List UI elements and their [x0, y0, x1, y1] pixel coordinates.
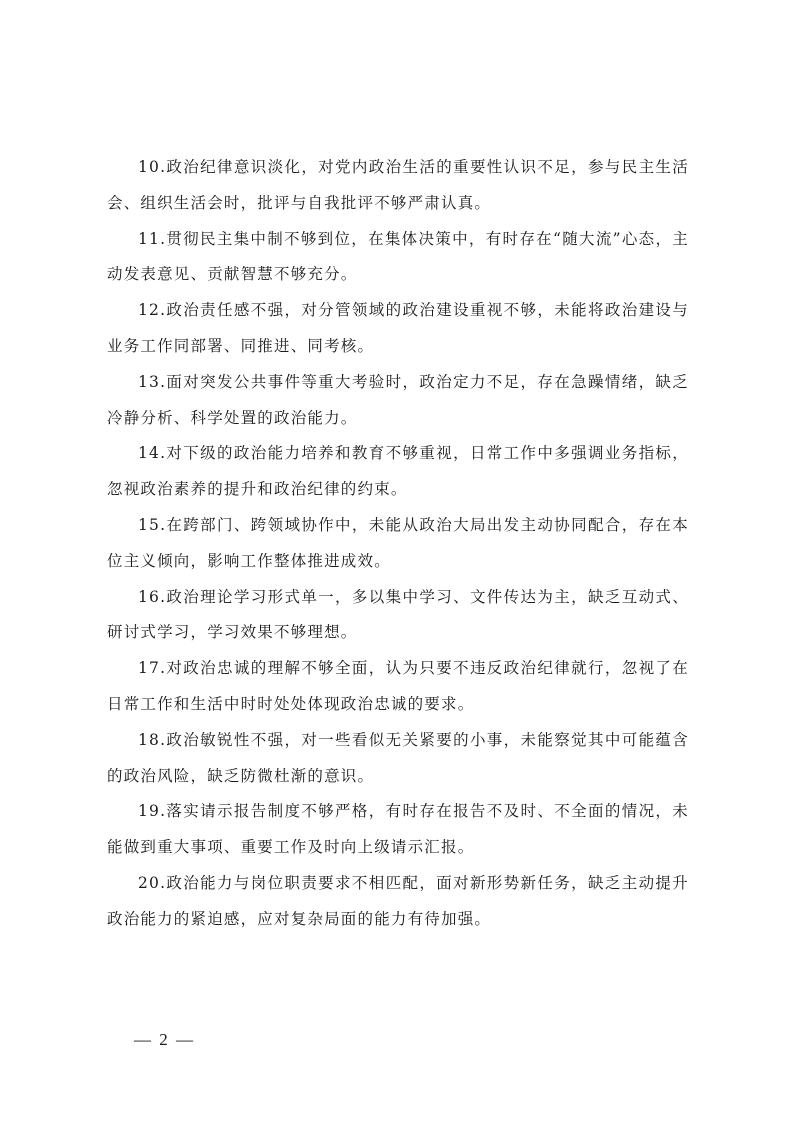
paragraph-item-12: 12.政治责任感不强，对分管领域的政治建设重视不够，未能将政治建设与业务工作同部…	[107, 293, 689, 365]
paragraph-item-18: 18.政治敏锐性不强，对一些看似无关紧要的小事，未能察觉其中可能蕴含的政治风险，…	[107, 723, 689, 795]
paragraph-item-11: 11.贯彻民主集中制不够到位，在集体决策中，有时存在“随大流”心态，主动发表意见…	[107, 222, 689, 294]
paragraph-item-10: 10.政治纪律意识淡化，对党内政治生活的重要性认识不足，参与民主生活会、组织生活…	[107, 150, 689, 222]
paragraph-item-20: 20.政治能力与岗位职责要求不相匹配，面对新形势新任务，缺乏主动提升政治能力的紧…	[107, 866, 689, 938]
paragraph-item-19: 19.落实请示报告制度不够严格，有时存在报告不及时、不全面的情况，未能做到重大事…	[107, 794, 689, 866]
document-page: 10.政治纪律意识淡化，对党内政治生活的重要性认识不足，参与民主生活会、组织生活…	[0, 0, 793, 1122]
paragraph-item-17: 17.对政治忠诚的理解不够全面，认为只要不违反政治纪律就行，忽视了在日常工作和生…	[107, 651, 689, 723]
page-number: — 2 —	[134, 1030, 195, 1050]
paragraph-item-16: 16.政治理论学习形式单一，多以集中学习、文件传达为主，缺乏互动式、研讨式学习，…	[107, 580, 689, 652]
paragraph-item-13: 13.面对突发公共事件等重大考验时，政治定力不足，存在急躁情绪，缺乏冷静分析、科…	[107, 365, 689, 437]
paragraph-item-14: 14.对下级的政治能力培养和教育不够重视，日常工作中多强调业务指标，忽视政治素养…	[107, 436, 689, 508]
document-body: 10.政治纪律意识淡化，对党内政治生活的重要性认识不足，参与民主生活会、组织生活…	[107, 150, 689, 938]
paragraph-item-15: 15.在跨部门、跨领域协作中，未能从政治大局出发主动协同配合，存在本位主义倾向，…	[107, 508, 689, 580]
